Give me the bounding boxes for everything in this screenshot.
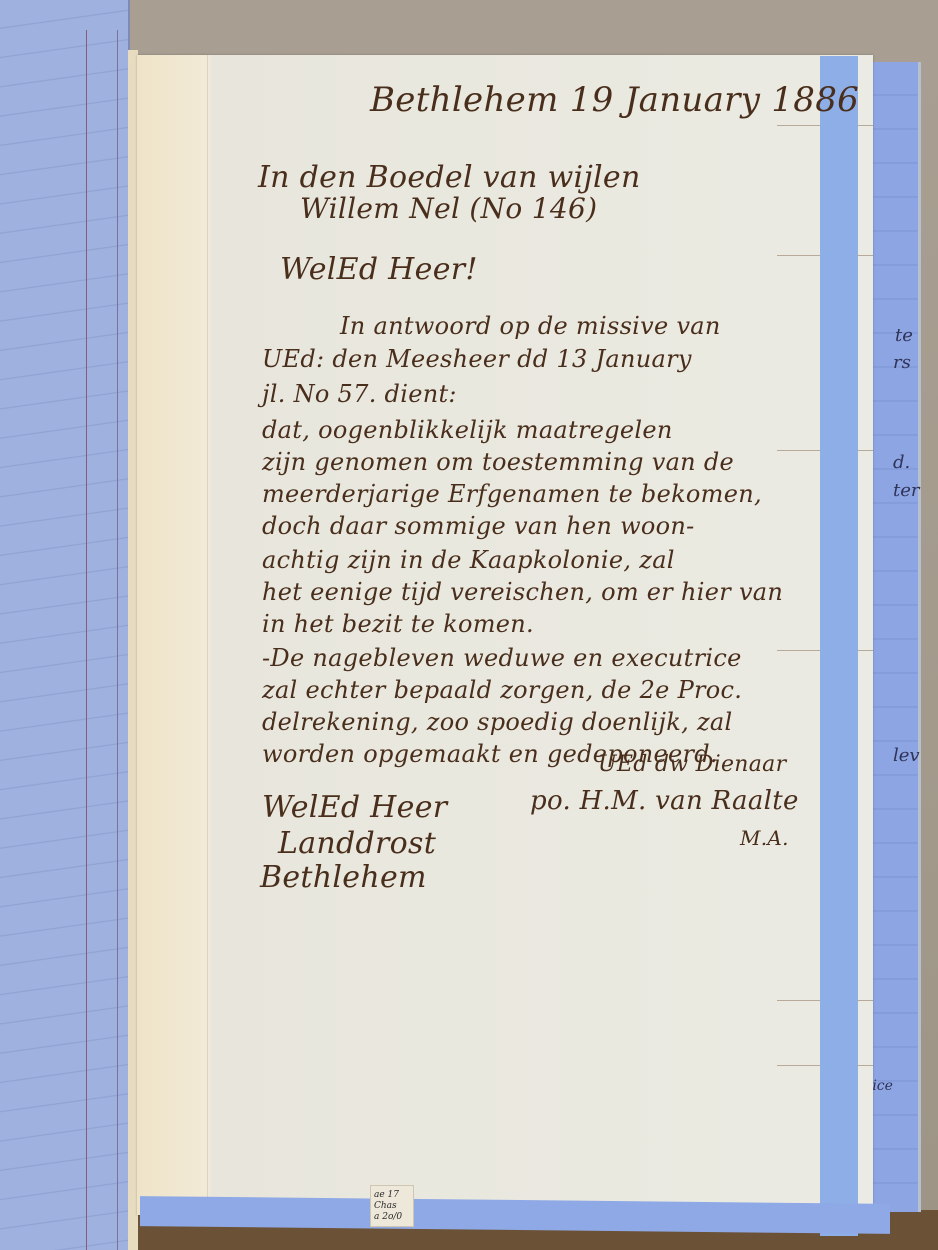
- margin-line: [117, 30, 118, 1250]
- body-line: zijn genomen om toestemming van de: [262, 448, 734, 476]
- scrap-line: Chas: [374, 1201, 410, 1212]
- margin-fragment: te: [895, 325, 913, 346]
- right-page-stack: [870, 62, 921, 1212]
- body-line: In antwoord op de missive van: [340, 312, 721, 340]
- margin-fragment: ter: [893, 480, 920, 501]
- scrap-line: ae 17: [374, 1190, 410, 1201]
- left-ruled-page: [0, 0, 130, 1250]
- closing: UEd dw Dienaar: [598, 752, 786, 777]
- addressee-line-3: Bethlehem: [260, 860, 427, 895]
- body-line: -De nagebleven weduwe en executrice: [262, 644, 742, 672]
- place-date: Bethlehem 19 January 1886: [370, 80, 859, 120]
- margin-fragment: d.: [893, 452, 910, 473]
- margin-line: [86, 30, 87, 1250]
- body-line: zal echter bepaald zorgen, de 2e Proc.: [262, 676, 742, 704]
- margin-fragment: rs: [893, 352, 911, 373]
- blue-tape-strip: [820, 56, 858, 1236]
- bottom-note-scrap: ae 17 Chas a 2o/0: [370, 1185, 414, 1227]
- initials: M.A.: [740, 826, 789, 850]
- body-line: in het bezit te komen.: [262, 610, 534, 638]
- subject-line-1: In den Boedel van wijlen: [258, 160, 641, 195]
- body-line: doch daar sommige van hen woon-: [262, 512, 695, 540]
- margin-fragment: lev: [893, 745, 920, 766]
- body-line: UEd: den Meesheer dd 13 January: [262, 345, 692, 373]
- addressee-line-2: Landdrost: [278, 826, 436, 861]
- signature: po. H.M. van Raalte: [530, 786, 799, 816]
- paper-fold: [207, 55, 208, 1215]
- addressee-line-1: WelEd Heer: [262, 790, 447, 825]
- body-line: dat, oogenblikkelijk maatregelen: [262, 416, 673, 444]
- body-line: achtig zijn in de Kaapkolonie, zal: [262, 546, 675, 574]
- body-line: het eenige tijd vereischen, om er hier v…: [262, 578, 783, 606]
- body-line: meerderjarige Erfgenamen te bekomen,: [262, 480, 762, 508]
- body-line: jl. No 57. dient:: [262, 380, 457, 408]
- body-line: delrekening, zoo spoedig doenlijk, zal: [262, 708, 733, 736]
- scrap-line: a 2o/0: [374, 1212, 410, 1223]
- subject-line-2: Willem Nel (No 146): [300, 192, 597, 225]
- salutation: WelEd Heer!: [280, 252, 478, 287]
